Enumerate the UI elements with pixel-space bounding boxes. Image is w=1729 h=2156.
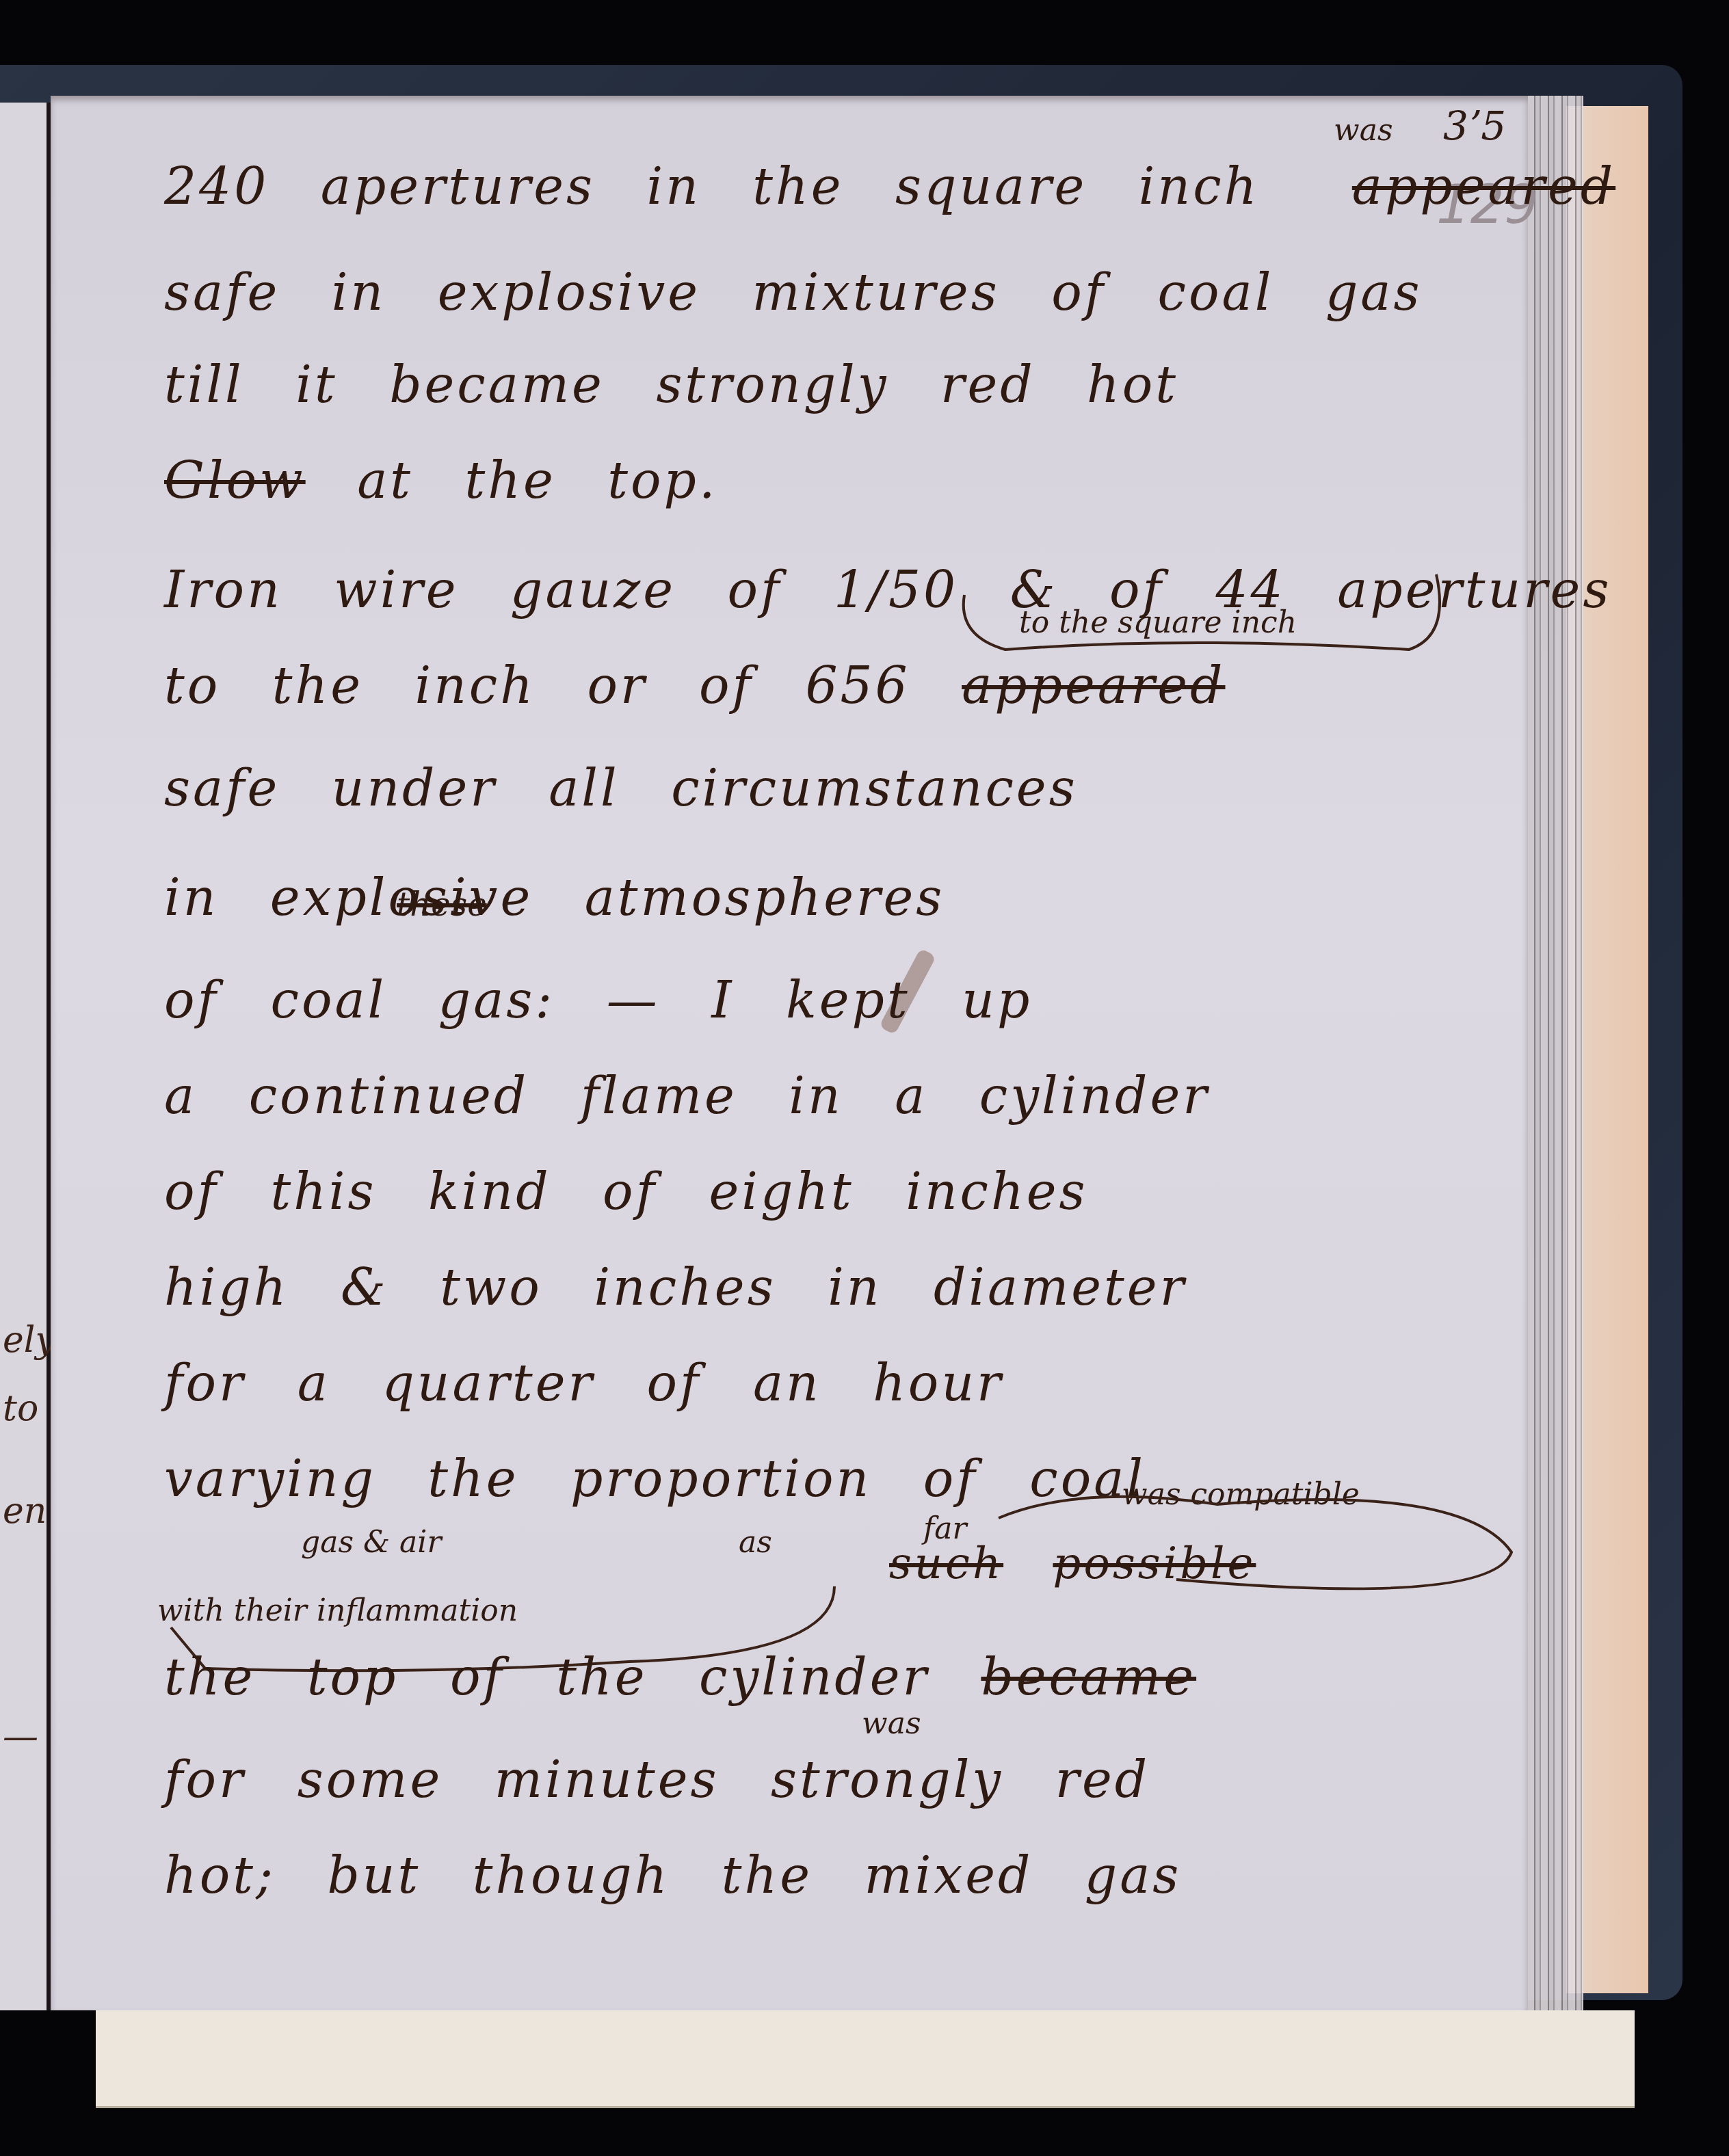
manuscript-line-12: high & two inches in diameter <box>164 1258 1187 1317</box>
manuscript-line-5: Iron wire gauze of 1/50 & of 44 aperture… <box>164 561 1611 620</box>
insertion: was <box>1334 113 1393 148</box>
struck-word: these <box>397 886 487 924</box>
manuscript-line-9: of coal gas: — I kept up <box>164 971 1032 1030</box>
folio-number-ink: 3ʼ5 <box>1443 103 1506 149</box>
struck-word: appeared <box>1352 157 1615 216</box>
struck-word: became <box>981 1648 1196 1707</box>
bottom-leaf-edge <box>96 2010 1635 2108</box>
facing-page-fragment: en <box>3 1491 47 1532</box>
manuscript-line-4: Glow at the top. <box>164 451 718 510</box>
page-stack-edges <box>1522 96 1583 2024</box>
struck-word: possible <box>1053 1539 1256 1589</box>
insertion: gas & air <box>301 1525 441 1560</box>
manuscript-line-10: a continued flame in a cylinder <box>164 1067 1210 1126</box>
struck-word: Glow <box>164 451 306 510</box>
facing-page-fragment: — <box>3 1716 38 1757</box>
manuscript-line-3: till it became strongly red hot <box>164 356 1178 414</box>
insertion: with their inflammation <box>157 1593 518 1628</box>
struck-word: appeared <box>962 656 1225 715</box>
insertion: to the square inch <box>1019 605 1297 640</box>
manuscript-line-2: safe in explosive mixtures of coal gas <box>164 263 1422 322</box>
facing-page-strip: ely to en — <box>0 103 51 2010</box>
manuscript-line-11: of this kind of eight inches <box>164 1162 1088 1221</box>
manuscript-line-16: the top of the cylinder became <box>164 1648 1196 1707</box>
manuscript-line-18: hot; but though the mixed gas <box>164 1846 1181 1905</box>
insertion: was compatible <box>1122 1477 1360 1512</box>
manuscript-line-1: 240 apertures in the square inch appeare… <box>164 157 1615 216</box>
facing-page-fragment: ely <box>3 1320 55 1361</box>
insertion: was <box>862 1706 921 1741</box>
facing-page-fragment: to <box>3 1388 38 1429</box>
manuscript-line-15: such possible <box>889 1539 1256 1589</box>
manuscript-line-8: in explosive atmospheres <box>164 868 945 927</box>
manuscript-line-13: for a quarter of an hour <box>164 1354 1003 1413</box>
struck-word: such <box>889 1539 1003 1589</box>
manuscript-line-6: to the inch or of 656 appeared <box>164 656 1225 715</box>
insertion: as <box>739 1525 772 1560</box>
manuscript-line-17: for some minutes strongly red <box>164 1751 1150 1809</box>
manuscript-line-14: varying the proportion of coal <box>164 1450 1146 1508</box>
manuscript-line-7: safe under all circumstances <box>164 759 1078 818</box>
